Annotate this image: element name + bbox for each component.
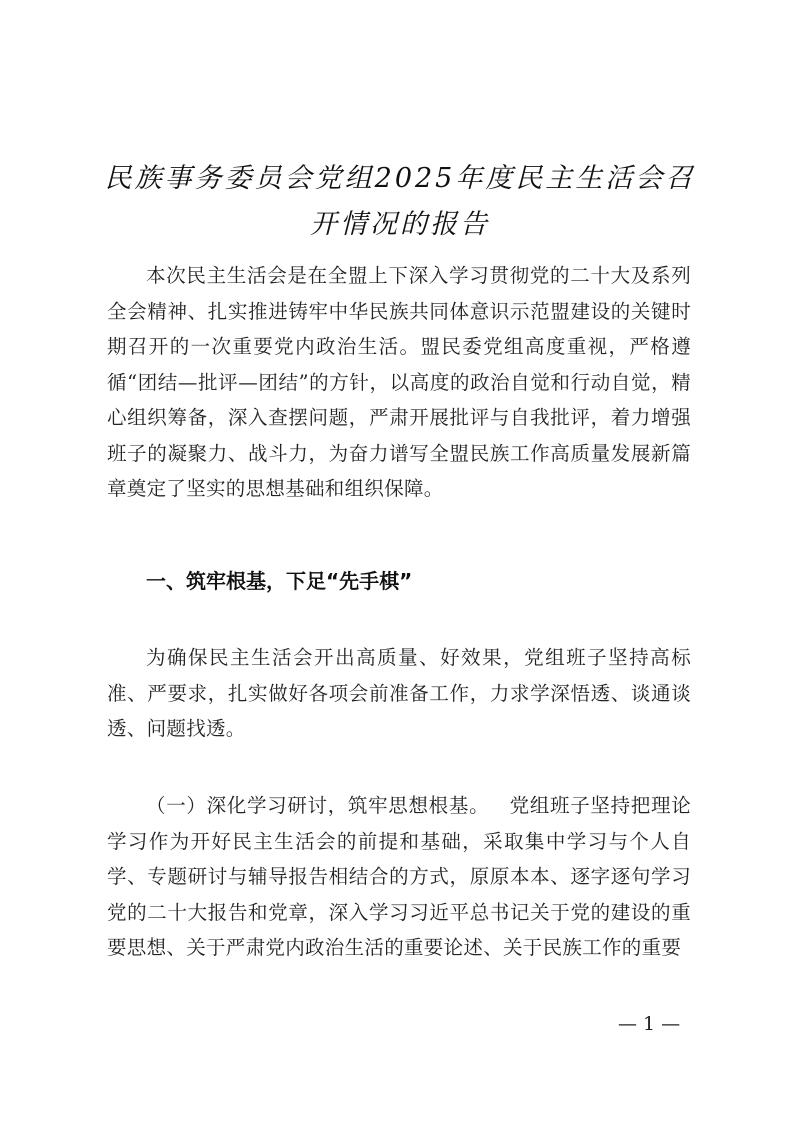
intro-paragraph: 本次民主生活会是在全盟上下深入学习贯彻党的二十大及系列全会精神、扎实推进铸牢中华…	[107, 258, 691, 507]
document-page: 民族事务委员会党组2025年度民主生活会召 开情况的报告 本次民主生活会是在全盟…	[0, 0, 793, 1122]
subsection-1-paragraph: （一）深化学习研讨，筑牢思想根基。党组班子坚持把理论学习作为开好民主生活会的前提…	[107, 788, 691, 966]
page-number: — 1 —	[618, 1013, 680, 1035]
document-title-line-2: 开情况的报告	[100, 202, 700, 241]
subsection-1-heading: （一）深化学习研讨，筑牢思想根基。	[146, 794, 489, 817]
document-title-line-1: 民族事务委员会党组2025年度民主生活会召	[100, 156, 700, 195]
section-1-heading: 一、筑牢根基，下足“先手棋”	[146, 565, 412, 594]
subsection-1-text: 党组班子坚持把理论学习作为开好民主生活会的前提和基础，采取集中学习与个人自学、专…	[107, 794, 691, 959]
section-1-paragraph: 为确保民主生活会开出高质量、好效果，党组班子坚持高标准、严要求，扎实做好各项会前…	[107, 640, 691, 747]
